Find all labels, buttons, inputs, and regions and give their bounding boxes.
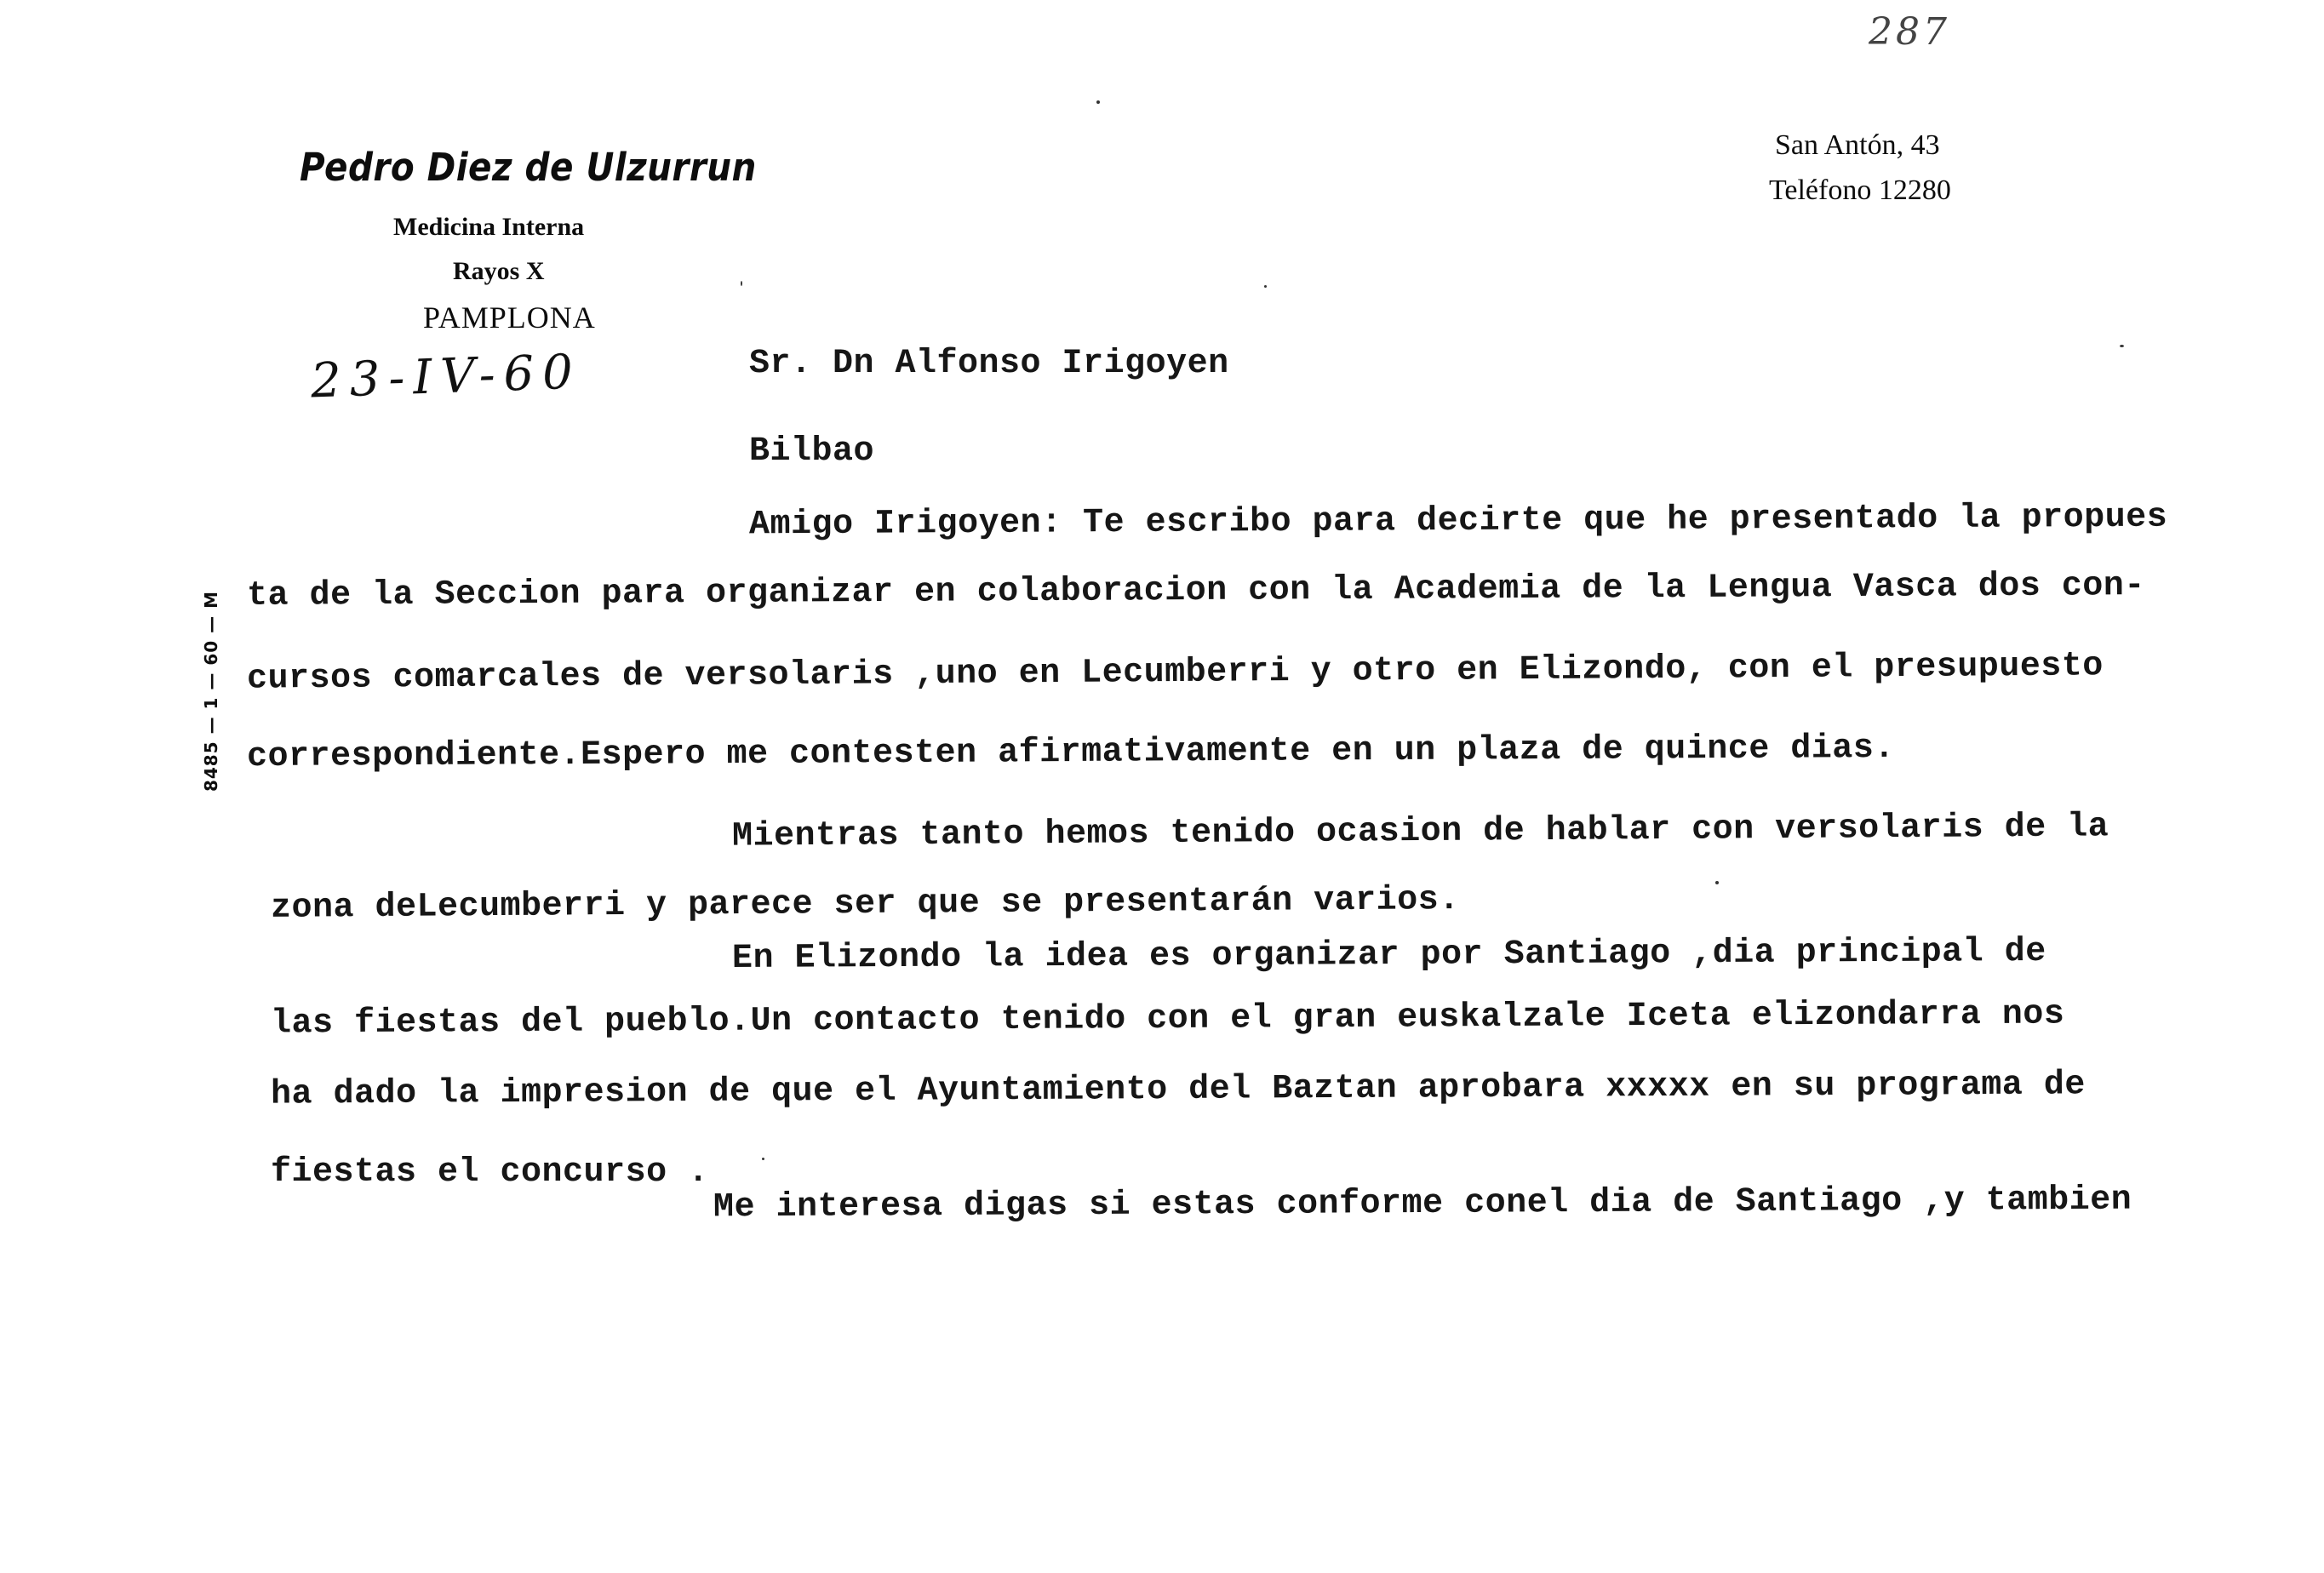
recipient-name: Sr. Dn Alfonso Irigoyen bbox=[749, 345, 1229, 383]
body-line: cursos comarcales de versolaris ,uno en … bbox=[247, 647, 2104, 698]
body-line: Amigo Irigoyen: Te escribo para decirte … bbox=[749, 499, 2167, 545]
scan-speck bbox=[741, 281, 742, 286]
letterhead-city: PAMPLONA bbox=[423, 300, 596, 335]
scan-speck bbox=[1715, 881, 1719, 884]
body-line: Me interesa digas si estas conforme cone… bbox=[713, 1181, 2132, 1227]
body-line: ta de la Seccion para organizar en colab… bbox=[247, 567, 2145, 615]
scan-speck bbox=[1264, 285, 1267, 288]
archive-number: 287 bbox=[1869, 10, 1950, 54]
scan-speck bbox=[762, 1158, 764, 1160]
body-line: zona deLecumberri y parece ser que se pr… bbox=[271, 881, 1460, 928]
letterhead-phone: Teléfono 12280 bbox=[1769, 174, 1951, 207]
letterhead-service: Rayos X bbox=[453, 257, 545, 286]
body-line: fiestas el concurso . bbox=[271, 1153, 709, 1192]
scan-speck bbox=[1096, 100, 1100, 104]
letterhead-address: San Antón, 43 bbox=[1775, 129, 1940, 162]
recipient-city: Bilbao bbox=[749, 432, 874, 471]
print-code: 8485 — 1 — 60 — M bbox=[201, 591, 221, 792]
body-line: ha dado la impresion de que el Ayuntamie… bbox=[271, 1066, 2086, 1113]
body-line: Mientras tanto hemos tenido ocasion de h… bbox=[732, 808, 2109, 855]
body-line: En Elizondo la idea es organizar por San… bbox=[732, 933, 2046, 978]
body-line: correspondiente.Espero me contesten afir… bbox=[247, 729, 1895, 776]
letterhead-name: Pedro Diez de Ulzurrun bbox=[300, 145, 757, 190]
letterhead-specialty: Medicina Interna bbox=[393, 213, 584, 242]
handwritten-date: 23-IV-60 bbox=[310, 344, 582, 409]
body-line: las fiestas del pueblo.Un contacto tenid… bbox=[271, 995, 2065, 1043]
scan-speck bbox=[2120, 345, 2124, 347]
